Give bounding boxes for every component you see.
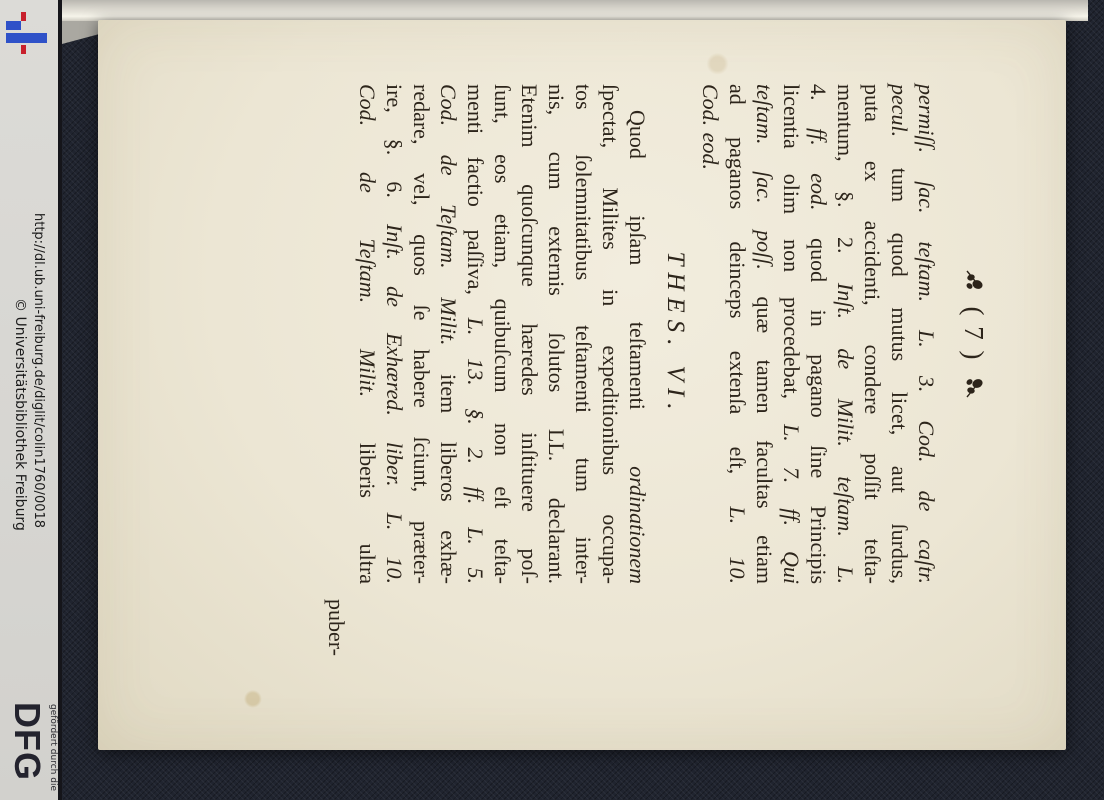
text-run: Etenim quoſcunque hæredes inſtituere poſ… <box>517 84 542 584</box>
book-page-edges <box>62 0 1088 21</box>
source-url: http://dl.ub.uni-freiburg.de/diglit/coli… <box>30 213 46 528</box>
text-run: L. 13. §. 2. ff. L. 5. <box>463 318 488 584</box>
floral-ornament-icon <box>964 375 984 399</box>
text-line: Etenim quoſcunque hæredes inſtituere poſ… <box>516 84 543 584</box>
text-line: 4. ff. eod. quod in pagano ſine Principi… <box>805 84 832 584</box>
page-number: ( 7 ) <box>959 307 990 362</box>
text-line: pecul. tum quod mutus licet, aut ſurdus, <box>886 84 913 584</box>
book-page: ( 7 ) permiſſ. ſac. teſtam. L. 3. Cod. d… <box>98 20 1066 750</box>
text-run: puta ex accidenti, condere poſſit teſta- <box>860 84 885 584</box>
text-run: permiſſ. ſac. teſtam. L. 3. Cod. de caſt… <box>914 84 939 584</box>
scan-edge-divider <box>58 0 62 800</box>
text-run: Cod. de Teſtam. Milit. <box>436 84 461 346</box>
text-run: Inſt. de Milit. teſtam. L. <box>833 283 858 584</box>
text-run: mentum, §. 2. <box>833 84 858 283</box>
paragraph-2: Quod ipſam teſtamenti ordinationemſpecta… <box>354 84 651 584</box>
text-line: licentia olim non procedebat, L. 7. ff. … <box>778 84 805 584</box>
text-line: ad paganos deinceps extenſa eſt, L. 10. <box>724 84 751 584</box>
text-run: quod in pagano ſine Principis <box>806 211 831 584</box>
dfg-acronym: DFG <box>8 702 46 781</box>
catchword: puber- <box>323 84 350 656</box>
logo-red-dash-bottom <box>21 45 26 54</box>
text-run: ſpectat, Milites in expeditionibus occup… <box>598 84 623 584</box>
text-run: Cod. de Teſtam. Milit. <box>355 84 380 397</box>
text-run: ordinationem <box>625 466 650 584</box>
text-run: 4. <box>806 84 831 128</box>
page-header: ( 7 ) <box>952 84 996 584</box>
text-run: ſunt, eos etiam, quibuſcum non eſt teſta… <box>490 84 515 584</box>
text-line: permiſſ. ſac. teſtam. L. 3. Cod. de caſt… <box>913 84 940 584</box>
text-line: puta ex accidenti, condere poſſit teſta- <box>859 84 886 584</box>
text-run: Cod. eod. <box>698 84 723 170</box>
text-run: Quod ipſam teſtamenti <box>625 110 650 466</box>
text-run: ff. eod. <box>806 128 831 211</box>
text-line: mentum, §. 2. Inſt. de Milit. teſtam. L. <box>832 84 859 584</box>
printed-page-content: ( 7 ) permiſſ. ſac. teſtam. L. 3. Cod. d… <box>98 20 1066 750</box>
logo-blue-bar-long <box>6 33 47 43</box>
text-run: item liberos exhæ- <box>436 346 461 584</box>
scanbar: http://dl.ub.uni-freiburg.de/diglit/coli… <box>0 0 62 800</box>
text-run: redare, vel, quos ſe habere ſciunt, præt… <box>409 84 434 584</box>
text-line: Cod. de Teſtam. Milit. item liberos exhæ… <box>435 84 462 584</box>
text-run: liberis ultra <box>355 397 380 584</box>
thesis-heading: THES. VI. <box>660 84 690 584</box>
dfg-caption: gefördert durch die <box>47 704 58 791</box>
text-run: nis, cum externis ſolutos LL. declarant. <box>544 84 569 584</box>
text-line: tos ſolemnitatibus teſtamenti tum inter- <box>570 84 597 584</box>
text-line: Quod ipſam teſtamenti ordinationem <box>624 84 651 584</box>
text-run: tum quod mutus licet, aut ſurdus, <box>887 137 912 584</box>
text-run: quæ tamen facultas etiam <box>752 270 777 584</box>
text-run: teſtam. ſac. poſſ. <box>752 84 777 270</box>
text-line: Cod. de Teſtam. Milit. liberis ultra <box>354 84 381 584</box>
text-run: L. 10. <box>725 506 750 584</box>
text-line: ire, §. 6. Inſt. de Exhæred. liber. L. 1… <box>381 84 408 584</box>
text-run: ad paganos deinceps extenſa eſt, <box>725 84 750 506</box>
text-run: L. 7. ff. Qui <box>779 424 804 584</box>
text-column: ( 7 ) permiſſ. ſac. teſtam. L. 3. Cod. d… <box>323 84 996 584</box>
text-run: ire, §. 6. <box>382 84 407 224</box>
text-run: pecul. <box>887 84 912 137</box>
text-run: menti factio paſſiva, <box>463 84 488 318</box>
floral-ornament-icon <box>964 269 984 293</box>
text-line: Cod. eod. <box>697 84 724 584</box>
text-run: Inſt. de Exhæred. liber. L. 10. <box>382 224 407 584</box>
text-line: ſunt, eos etiam, quibuſcum non eſt teſta… <box>489 84 516 584</box>
text-line: ſpectat, Milites in expeditionibus occup… <box>597 84 624 584</box>
logo-red-dash-top <box>21 12 26 21</box>
text-run: licentia olim non procedebat, <box>779 84 804 424</box>
text-line: nis, cum externis ſolutos LL. declarant. <box>543 84 570 584</box>
copyright-notice: © Universitätsbibliothek Freiburg <box>12 298 28 531</box>
text-line: redare, vel, quos ſe habere ſciunt, præt… <box>408 84 435 584</box>
text-line: menti factio paſſiva, L. 13. §. 2. ff. L… <box>462 84 489 584</box>
text-line: teſtam. ſac. poſſ. quæ tamen facultas et… <box>751 84 778 584</box>
logo-blue-bar-short <box>6 21 21 30</box>
text-run: tos ſolemnitatibus teſtamenti tum inter- <box>571 84 596 584</box>
paragraph-1: permiſſ. ſac. teſtam. L. 3. Cod. de caſt… <box>697 84 940 584</box>
